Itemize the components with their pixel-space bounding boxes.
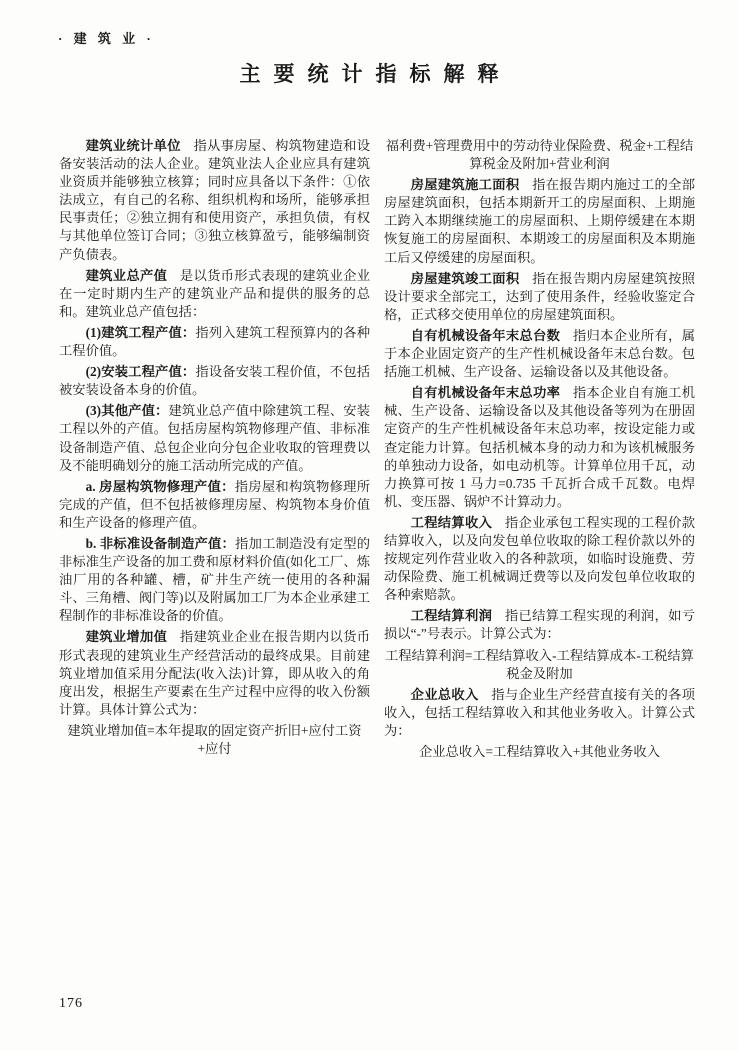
indicator-paragraph: 自有机械设备年末总台数指归本企业所有，属于本企业固定资产的生产性机械设备年末总台… <box>384 327 695 381</box>
term-label: 自有机械设备年末总功率 <box>411 385 561 400</box>
indicator-paragraph: 自有机械设备年末总功率指本企业自有施工机械、生产设备、运输设备以及其他设备等列为… <box>384 384 695 511</box>
page-number: 176 <box>59 996 83 1012</box>
term-label: 企业总收入 <box>411 687 479 702</box>
term-label: 建筑业增加值 <box>86 629 168 644</box>
indicator-paragraph: b. 非标准设备制造产值：指加工制造没有定型的非标准生产设备的加工费和原材料价值… <box>59 535 370 625</box>
section-label: · 建 筑 业 · <box>58 28 155 47</box>
definition-text: 企业总收入=工程结算收入+其他业务收入 <box>419 744 660 759</box>
indicator-paragraph: 房屋建筑竣工面积指在报告期内房屋建筑按照设计要求全部完工，达到了使用条件，经验收… <box>384 270 695 324</box>
formula-line: 企业总收入=工程结算收入+其他业务收入 <box>384 743 695 761</box>
page-title: 主要统计指标解释 <box>0 58 738 88</box>
term-label: (1)建筑工程产值： <box>86 325 196 340</box>
two-column-body: 建筑业统计单位指从事房屋、构筑物建造和设备安装活动的法人企业。建筑业法人企业应具… <box>59 137 695 761</box>
indicator-paragraph: 工程结算收入指企业承包工程实现的工程价款结算收入，以及向发包单位收取的除工程价款… <box>384 514 695 604</box>
indicator-paragraph: 房屋建筑施工面积指在报告期内施过工的全部房屋建筑面积，包括本期新开工的房屋面积、… <box>384 176 695 266</box>
indicator-paragraph: 工程结算利润指已结算工程实现的利润，如亏损以“-”号表示。计算公式为： <box>384 607 695 643</box>
formula-line: 建筑业增加值=本年提取的固定资产折旧+应付工资+应付 <box>59 722 370 758</box>
term-label: 建筑业总产值 <box>86 268 168 283</box>
indicator-paragraph: (2)安装工程产值：指设备安装工程价值，不包括被安装设备本身的价值。 <box>59 363 370 399</box>
definition-text: 福利费+管理费用中的劳动待业保险费、税金+工程结算税金及附加+营业利润 <box>386 138 694 171</box>
definition-text: 指本企业自有施工机械、生产设备、运输设备以及其他设备等列为在册固定资产的生产性机… <box>384 385 695 509</box>
definition-text: 工程结算利润=工程结算收入-工程结算成本-工税结算税金及附加 <box>385 648 694 681</box>
term-label: a. 房屋构筑物修理产值： <box>86 479 235 494</box>
term-label: 房屋建筑施工面积 <box>411 177 520 192</box>
definition-text: 建筑业增加值=本年提取的固定资产折旧+应付工资+应付 <box>67 723 361 756</box>
term-label: (2)安装工程产值： <box>86 364 196 379</box>
indicator-paragraph: 建筑业总产值是以货币形式表现的建筑业企业在一定时期内生产的建筑业产品和提供的服务… <box>59 267 370 321</box>
indicator-paragraph: (3)其他产值：建筑业总产值中除建筑工程、安装工程以外的产值。包括房屋构筑物修理… <box>59 402 370 474</box>
term-label: 自有机械设备年末总台数 <box>411 328 561 343</box>
term-label: 房屋建筑竣工面积 <box>411 271 520 286</box>
right-column: 福利费+管理费用中的劳动待业保险费、税金+工程结算税金及附加+营业利润房屋建筑施… <box>384 137 695 761</box>
formula-line: 福利费+管理费用中的劳动待业保险费、税金+工程结算税金及附加+营业利润 <box>384 137 695 173</box>
formula-line: 工程结算利润=工程结算收入-工程结算成本-工税结算税金及附加 <box>384 647 695 683</box>
document-page: · 建 筑 业 · 主要统计指标解释 建筑业统计单位指从事房屋、构筑物建造和设备… <box>0 0 738 1051</box>
term-label: 建筑业统计单位 <box>86 138 181 153</box>
indicator-paragraph: 企业总收入指与企业生产经营直接有关的各项收入，包括工程结算收入和其他业务收入。计… <box>384 686 695 740</box>
left-column: 建筑业统计单位指从事房屋、构筑物建造和设备安装活动的法人企业。建筑业法人企业应具… <box>59 137 370 761</box>
definition-text: 指从事房屋、构筑物建造和设备安装活动的法人企业。建筑业法人企业应具有建筑业资质并… <box>59 138 370 262</box>
term-label: b. 非标准设备制造产值： <box>86 536 235 551</box>
indicator-paragraph: a. 房屋构筑物修理产值：指房屋和构筑物修理所完成的产值，但不包括被修理房屋、构… <box>59 478 370 532</box>
term-label: (3)其他产值： <box>86 403 169 418</box>
term-label: 工程结算利润 <box>411 608 493 623</box>
indicator-paragraph: (1)建筑工程产值：指列入建筑工程预算内的各种工程价值。 <box>59 324 370 360</box>
indicator-paragraph: 建筑业增加值指建筑业企业在报告期内以货币形式表现的建筑业生产经营活动的最终成果。… <box>59 628 370 718</box>
term-label: 工程结算收入 <box>411 515 493 530</box>
indicator-paragraph: 建筑业统计单位指从事房屋、构筑物建造和设备安装活动的法人企业。建筑业法人企业应具… <box>59 137 370 264</box>
